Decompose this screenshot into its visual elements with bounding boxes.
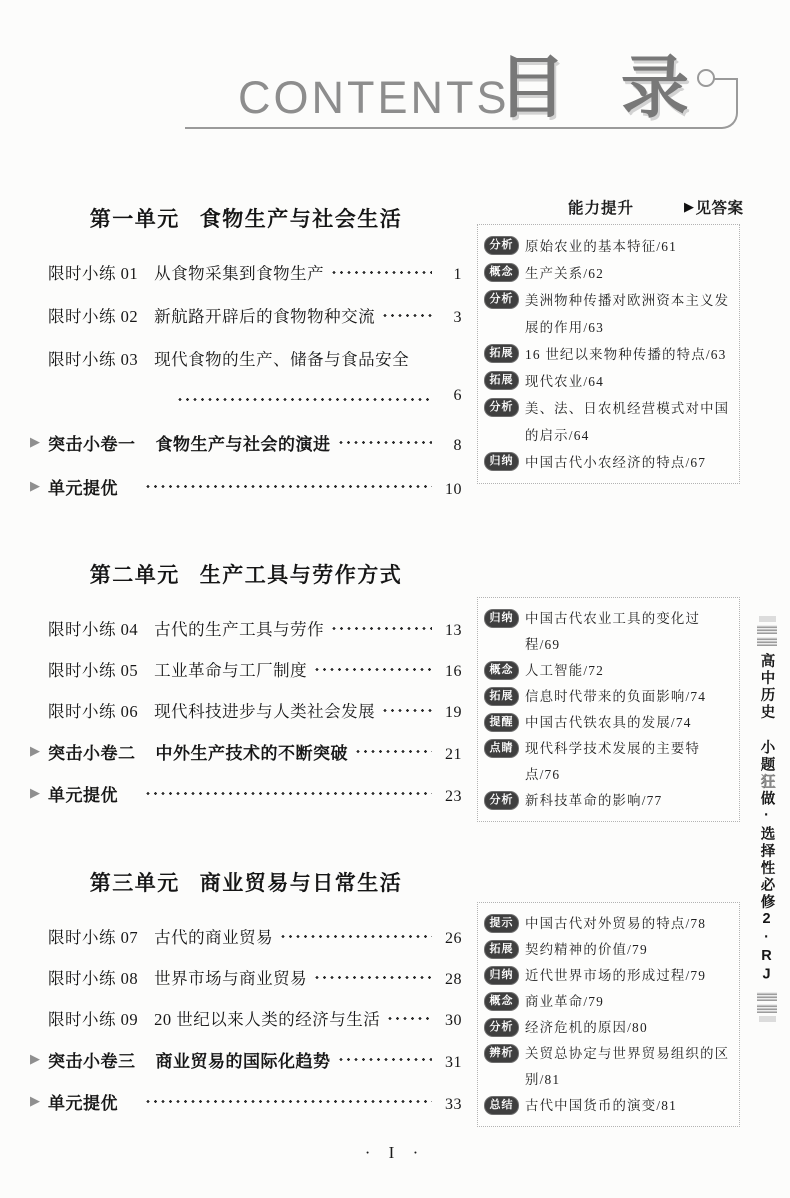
toc-row: 限时小练 02 新航路开辟后的食物物种交流 3 bbox=[30, 303, 462, 327]
row-title: 古代的生产工具与劳作 bbox=[154, 616, 324, 640]
see-answers-text: 见答案 bbox=[696, 196, 744, 218]
dot-leader bbox=[332, 626, 432, 631]
row-label: 限时小练 02 bbox=[48, 303, 138, 327]
dot-leader bbox=[339, 1057, 433, 1062]
note-item: 分析 经济危机的原因/80 bbox=[485, 1015, 732, 1041]
note-item: 拓展 契约精神的价值/79 bbox=[485, 937, 732, 963]
contents-heading: CONTENTS bbox=[238, 72, 510, 124]
note-tag: 归纳 bbox=[485, 967, 518, 984]
row-label: 单元提优 bbox=[48, 781, 118, 806]
note-item: 分析 新科技革命的影响/77 bbox=[485, 788, 732, 814]
toc-row-highlight: ▶ 突击小卷二 中外生产技术的不断突破 21 bbox=[30, 739, 462, 764]
note-text: 商业革命/79 bbox=[525, 989, 732, 1015]
row-title: 工业革命与工厂制度 bbox=[154, 657, 307, 681]
dot-leader bbox=[146, 791, 432, 796]
toc-row-highlight: ▶ 突击小卷三 商业贸易的国际化趋势 31 bbox=[30, 1047, 462, 1072]
note-text: 中国古代农业工具的变化过程/69 bbox=[525, 606, 732, 658]
note-item: 概念 商业革命/79 bbox=[485, 989, 732, 1015]
unit-3-heading: 第三单元商业贸易与日常生活 bbox=[30, 869, 462, 899]
row-label: 限时小练 06 bbox=[48, 698, 138, 722]
note-tag: 分析 bbox=[485, 237, 518, 254]
note-text: 古代中国货币的演变/81 bbox=[525, 1093, 732, 1119]
arrow-right-icon: ▶ bbox=[30, 1052, 48, 1067]
toc-row: 限时小练 01 从食物采集到食物生产 1 bbox=[30, 260, 462, 284]
unit-2-heading: 第二单元生产工具与劳作方式 bbox=[30, 561, 462, 591]
notes-box-unit3: 提示 中国古代对外贸易的特点/78 拓展 契约精神的价值/79 归纳 近代世界市… bbox=[477, 902, 740, 1127]
note-text: 现代农业/64 bbox=[525, 368, 732, 395]
note-tag: 点睛 bbox=[485, 740, 518, 757]
note-tag: 分析 bbox=[485, 1019, 518, 1036]
note-tag: 归纳 bbox=[485, 610, 518, 627]
note-text: 契约精神的价值/79 bbox=[525, 937, 732, 963]
row-label: 限时小练 04 bbox=[48, 616, 138, 640]
row-page: 1 bbox=[440, 266, 462, 284]
row-label: 单元提优 bbox=[48, 474, 118, 499]
note-tag: 拓展 bbox=[485, 345, 518, 362]
note-tag: 辨析 bbox=[485, 1045, 518, 1062]
note-text: 近代世界市场的形成过程/79 bbox=[525, 963, 732, 989]
note-text: 中国古代小农经济的特点/67 bbox=[525, 449, 732, 476]
row-label: 限时小练 03 bbox=[48, 346, 138, 370]
note-text: 中国古代对外贸易的特点/78 bbox=[525, 911, 732, 937]
row-title: 从食物采集到食物生产 bbox=[154, 260, 324, 284]
arrow-right-icon: ▶ bbox=[684, 200, 695, 215]
arrow-right-icon: ▶ bbox=[30, 744, 48, 759]
arrow-right-icon: ▶ bbox=[30, 435, 48, 450]
row-title: 中外生产技术的不断突破 bbox=[156, 739, 349, 764]
toc-row-highlight: ▶ 单元提优 33 bbox=[30, 1089, 462, 1114]
page-title: 目 录 bbox=[498, 34, 707, 131]
page-number: · I · bbox=[0, 1143, 790, 1163]
unit-3-label: 第三单元 bbox=[90, 872, 180, 895]
toc-row: 限时小练 03 现代食物的生产、储备与食品安全 bbox=[30, 346, 462, 370]
row-page: 31 bbox=[440, 1054, 462, 1072]
dot-leader bbox=[383, 708, 432, 713]
row-page: 19 bbox=[440, 704, 462, 722]
print-marks-top bbox=[757, 625, 777, 634]
note-tag: 提示 bbox=[485, 915, 518, 932]
unit-2-section: 第二单元生产工具与劳作方式 限时小练 04 古代的生产工具与劳作 13 限时小练… bbox=[30, 561, 462, 823]
note-item: 拓展 现代农业/64 bbox=[485, 368, 732, 395]
row-title: 世界市场与商业贸易 bbox=[154, 965, 307, 989]
note-tag: 概念 bbox=[485, 662, 518, 679]
row-label: 限时小练 08 bbox=[48, 965, 138, 989]
note-tag: 拓展 bbox=[485, 372, 518, 389]
row-page: 10 bbox=[440, 481, 462, 499]
book-spine-strip: 高中历史 小题狂做·选择性必修2·RJ bbox=[750, 616, 784, 1022]
dot-leader bbox=[332, 270, 432, 275]
note-tag: 归纳 bbox=[485, 453, 518, 470]
row-label: 限时小练 01 bbox=[48, 260, 138, 284]
header-hook-line bbox=[714, 78, 738, 80]
row-title: 食物生产与社会的演进 bbox=[156, 430, 331, 455]
row-label: 突击小卷三 bbox=[48, 1047, 136, 1072]
note-item: 点睛 现代科学技术发展的主要特点/76 bbox=[485, 736, 732, 788]
book-series-title: 高中历史 小题狂做·选择性必修2·RJ bbox=[757, 653, 778, 985]
note-text: 经济危机的原因/80 bbox=[525, 1015, 732, 1041]
dot-leader bbox=[339, 440, 433, 445]
note-item: 分析 美、法、日农机经营模式对中国的启示/64 bbox=[485, 395, 732, 449]
note-item: 概念 人工智能/72 bbox=[485, 658, 732, 684]
row-label: 突击小卷一 bbox=[48, 430, 136, 455]
row-title: 20 世纪以来人类的经济与生活 bbox=[154, 1006, 380, 1030]
note-item: 分析 美洲物种传播对欧洲资本主义发展的作用/63 bbox=[485, 287, 732, 341]
row-page: 6 bbox=[440, 387, 462, 405]
row-page: 13 bbox=[440, 622, 462, 640]
note-text: 16 世纪以来物种传播的特点/63 bbox=[525, 341, 732, 368]
note-tag: 分析 bbox=[485, 291, 518, 308]
print-marks-top bbox=[757, 637, 777, 646]
ability-boost-label: 能力提升 bbox=[568, 196, 634, 218]
unit-3-section: 第三单元商业贸易与日常生活 限时小练 07 古代的商业贸易 26 限时小练 08… bbox=[30, 869, 462, 1131]
row-page: 8 bbox=[440, 437, 462, 455]
row-page: 3 bbox=[440, 309, 462, 327]
dot-leader bbox=[356, 749, 432, 754]
note-text: 关贸总协定与世界贸易组织的区别/81 bbox=[525, 1041, 732, 1093]
dot-leader bbox=[281, 934, 432, 939]
note-text: 美、法、日农机经营模式对中国的启示/64 bbox=[525, 395, 732, 449]
row-label: 突击小卷二 bbox=[48, 739, 136, 764]
note-text: 美洲物种传播对欧洲资本主义发展的作用/63 bbox=[525, 287, 732, 341]
row-label: 限时小练 05 bbox=[48, 657, 138, 681]
toc-row-continuation: 6 bbox=[30, 387, 462, 411]
toc-row: 限时小练 06 现代科技进步与人类社会发展 19 bbox=[30, 698, 462, 722]
series-part2: 做·选择性必修2·RJ bbox=[759, 791, 775, 986]
row-page: 30 bbox=[440, 1012, 462, 1030]
note-item: 概念 生产关系/62 bbox=[485, 260, 732, 287]
arrow-right-icon: ▶ bbox=[30, 786, 48, 801]
arrow-right-icon: ▶ bbox=[30, 479, 48, 494]
dot-leader bbox=[146, 484, 432, 489]
row-label: 限时小练 07 bbox=[48, 924, 138, 948]
note-item: 提示 中国古代对外贸易的特点/78 bbox=[485, 911, 732, 937]
unit-1-heading: 第一单元食物生产与社会生活 bbox=[30, 205, 462, 235]
note-item: 拓展 信息时代带来的负面影响/74 bbox=[485, 684, 732, 710]
row-title: 现代食物的生产、储备与食品安全 bbox=[154, 346, 409, 370]
row-page: 26 bbox=[440, 930, 462, 948]
row-title: 新航路开辟后的食物物种交流 bbox=[154, 303, 375, 327]
row-title: 商业贸易的国际化趋势 bbox=[156, 1047, 331, 1072]
print-marks-bottom bbox=[757, 992, 777, 1001]
unit-1-label: 第一单元 bbox=[90, 208, 180, 231]
note-text: 原始农业的基本特征/61 bbox=[525, 233, 732, 260]
unit-1-name: 食物生产与社会生活 bbox=[200, 208, 403, 231]
unit-1-section: 第一单元食物生产与社会生活 限时小练 01 从食物采集到食物生产 1 限时小练 … bbox=[30, 205, 462, 518]
unit-3-name: 商业贸易与日常生活 bbox=[200, 872, 403, 895]
dot-leader bbox=[383, 313, 432, 318]
toc-page: CONTENTS 目 录 能力提升 ▶ 见答案 第一单元食物生产与社会生活 限时… bbox=[0, 0, 790, 1198]
notes-box-unit2: 归纳 中国古代农业工具的变化过程/69 概念 人工智能/72 拓展 信息时代带来… bbox=[477, 597, 740, 822]
note-text: 新科技革命的影响/77 bbox=[525, 788, 732, 814]
note-tag: 分析 bbox=[485, 399, 518, 416]
row-title: 现代科技进步与人类社会发展 bbox=[154, 698, 375, 722]
row-title: 古代的商业贸易 bbox=[154, 924, 273, 948]
note-item: 归纳 近代世界市场的形成过程/79 bbox=[485, 963, 732, 989]
toc-row: 限时小练 05 工业革命与工厂制度 16 bbox=[30, 657, 462, 681]
series-stylized-char: 狂 bbox=[759, 774, 775, 791]
note-tag: 分析 bbox=[485, 792, 518, 809]
print-marks-bottom bbox=[757, 1004, 777, 1013]
note-tag: 总结 bbox=[485, 1097, 518, 1114]
row-label: 单元提优 bbox=[48, 1089, 118, 1114]
note-item: 归纳 中国古代小农经济的特点/67 bbox=[485, 449, 732, 476]
note-item: 分析 原始农业的基本特征/61 bbox=[485, 233, 732, 260]
dot-leader bbox=[315, 667, 432, 672]
row-label: 限时小练 09 bbox=[48, 1006, 138, 1030]
row-page: 16 bbox=[440, 663, 462, 681]
note-item: 提醒 中国古代铁农具的发展/74 bbox=[485, 710, 732, 736]
toc-row-highlight: ▶ 单元提优 10 bbox=[30, 474, 462, 499]
series-part1: 高中历史 小题 bbox=[759, 653, 775, 774]
toc-row-highlight: ▶ 突击小卷一 食物生产与社会的演进 8 bbox=[30, 430, 462, 455]
note-text: 生产关系/62 bbox=[525, 260, 732, 287]
row-page: 21 bbox=[440, 746, 462, 764]
note-text: 人工智能/72 bbox=[525, 658, 732, 684]
note-item: 总结 古代中国货币的演变/81 bbox=[485, 1093, 732, 1119]
note-tag: 提醒 bbox=[485, 714, 518, 731]
note-tag: 拓展 bbox=[485, 941, 518, 958]
dot-leader bbox=[178, 397, 432, 402]
row-page: 28 bbox=[440, 971, 462, 989]
print-marks-top bbox=[759, 616, 776, 622]
note-item: 辨析 关贸总协定与世界贸易组织的区别/81 bbox=[485, 1041, 732, 1093]
toc-row: 限时小练 09 20 世纪以来人类的经济与生活 30 bbox=[30, 1006, 462, 1030]
note-item: 归纳 中国古代农业工具的变化过程/69 bbox=[485, 606, 732, 658]
note-text: 信息时代带来的负面影响/74 bbox=[525, 684, 732, 710]
toc-row-highlight: ▶ 单元提优 23 bbox=[30, 781, 462, 806]
row-page: 33 bbox=[440, 1096, 462, 1114]
note-tag: 概念 bbox=[485, 993, 518, 1010]
dot-leader bbox=[315, 975, 432, 980]
note-item: 拓展 16 世纪以来物种传播的特点/63 bbox=[485, 341, 732, 368]
notes-box-unit1: 分析 原始农业的基本特征/61 概念 生产关系/62 分析 美洲物种传播对欧洲资… bbox=[477, 224, 740, 484]
toc-row: 限时小练 04 古代的生产工具与劳作 13 bbox=[30, 616, 462, 640]
note-text: 现代科学技术发展的主要特点/76 bbox=[525, 736, 732, 788]
toc-row: 限时小练 08 世界市场与商业贸易 28 bbox=[30, 965, 462, 989]
dot-leader bbox=[388, 1016, 432, 1021]
print-marks-bottom bbox=[759, 1016, 776, 1022]
toc-row: 限时小练 07 古代的商业贸易 26 bbox=[30, 924, 462, 948]
see-answers-label: ▶ 见答案 bbox=[684, 196, 744, 218]
note-tag: 拓展 bbox=[485, 688, 518, 705]
row-page: 23 bbox=[440, 788, 462, 806]
arrow-right-icon: ▶ bbox=[30, 1094, 48, 1109]
note-text: 中国古代铁农具的发展/74 bbox=[525, 710, 732, 736]
unit-2-name: 生产工具与劳作方式 bbox=[200, 564, 403, 587]
dot-leader bbox=[146, 1099, 432, 1104]
note-tag: 概念 bbox=[485, 264, 518, 281]
unit-2-label: 第二单元 bbox=[90, 564, 180, 587]
